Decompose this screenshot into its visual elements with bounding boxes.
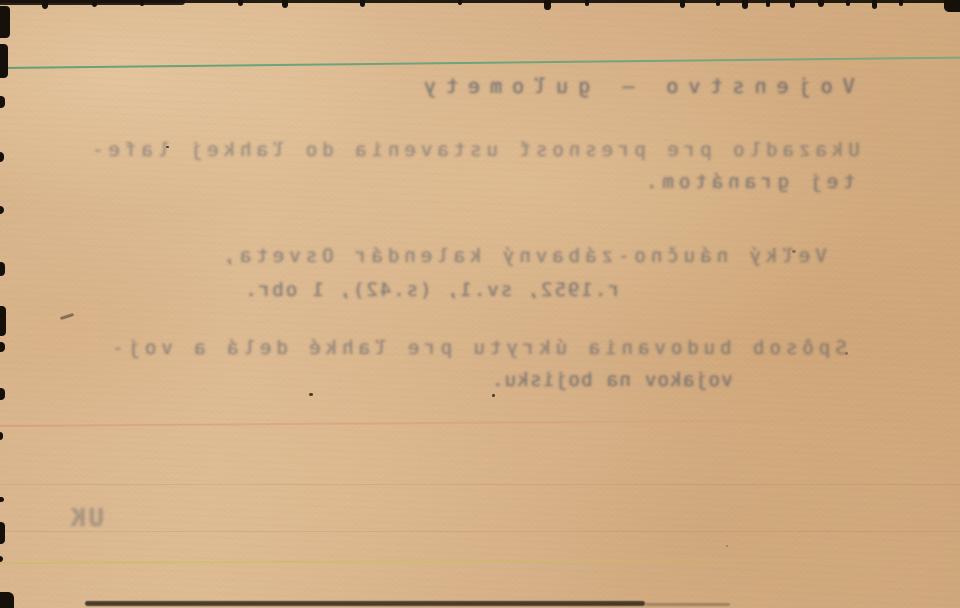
edge-mark	[0, 6, 10, 38]
bottom-edge-line	[85, 601, 645, 606]
edge-mark	[458, 0, 462, 5]
catalog-card-scan: Vojenstvo — guľomety Ukazadlo pre presno…	[0, 0, 960, 608]
bottom-left-blob	[0, 592, 14, 608]
edge-mark	[742, 0, 748, 9]
annotation1-line1: Ukazadlo pre presnosť ustavenia do ľahke…	[87, 139, 860, 161]
edge-mark	[140, 0, 144, 6]
edge-mark	[0, 96, 5, 108]
edge-mark	[0, 388, 5, 400]
edge-mark	[872, 0, 877, 9]
annotation1-line2: tej granátom.	[641, 171, 855, 193]
edge-mark	[766, 0, 770, 7]
edge-mark	[282, 0, 288, 8]
edge-mark	[42, 0, 48, 9]
edge-mark	[680, 0, 685, 8]
subject-heading-line: Vojenstvo — guľomety	[414, 74, 855, 98]
bottom-edge-line-faint	[645, 603, 730, 606]
source-line1: Veľký náučno-zábavný kalendár Osveta,	[219, 245, 827, 267]
edge-mark	[846, 0, 850, 6]
mirrored-showthrough-text: Vojenstvo — guľomety Ukazadlo pre presno…	[0, 0, 960, 608]
edge-mark	[544, 0, 551, 10]
edge-mark	[0, 306, 6, 336]
edge-mark	[716, 0, 720, 6]
top-right-notch	[944, 0, 960, 12]
edge-mark	[585, 0, 589, 6]
edge-mark	[92, 0, 97, 7]
ink-speck	[492, 394, 495, 397]
edge-mark	[238, 0, 243, 6]
annotation2-line2: vojakov na bojisku.	[491, 369, 733, 391]
ink-speck	[792, 250, 796, 253]
edge-mark	[0, 44, 8, 78]
ink-speck	[726, 545, 728, 547]
library-stamp: UK	[68, 503, 104, 532]
edge-mark	[0, 262, 5, 276]
edge-mark	[818, 0, 824, 7]
edge-mark	[0, 522, 5, 544]
edge-mark	[899, 0, 903, 6]
ink-speck	[845, 352, 848, 355]
source-line2: r.1952, sv.1, (s.42), 1 obr.	[244, 279, 620, 301]
ink-speck	[309, 393, 313, 396]
edge-mark	[790, 0, 795, 8]
annotation2-line1: Spôsob budovania úkrytu pre ľahké delá a…	[107, 337, 847, 359]
edge-mark	[360, 0, 365, 7]
ink-speck	[166, 146, 169, 148]
